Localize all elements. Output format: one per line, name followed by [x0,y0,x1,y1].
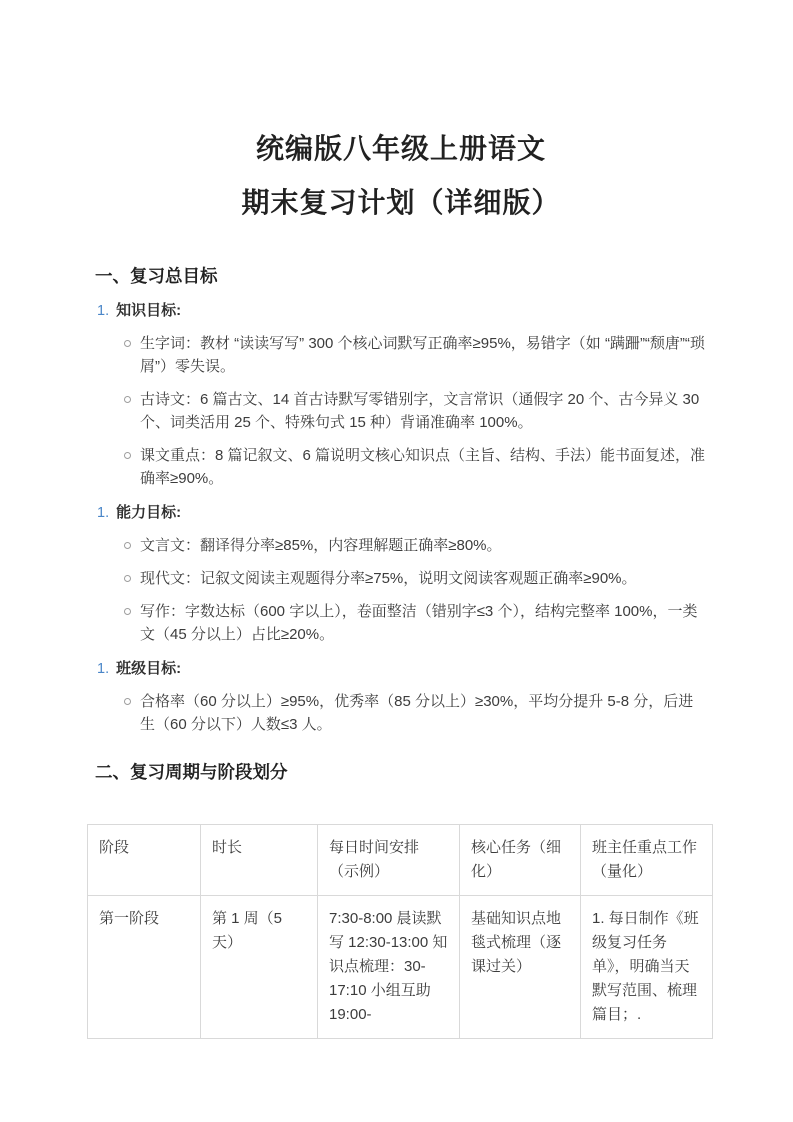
bullet-item: 写作：字数达标（600 字以上），卷面整洁（错别字≤3 个），结构完整率 100… [95,600,707,646]
table-header-core-tasks: 核心任务（细化） [460,825,581,896]
goal-item-ability: 1.能力目标: [95,502,707,524]
table-cell-teacher-work: 1. 每日制作《班级复习任务单》，明确当天默写范围、梳理篇目；. [581,896,713,1039]
doc-title-line1: 统编版八年级上册语文 [95,122,707,176]
bullet-text: 生字词：教材 “读读写写” 300 个核心词默写正确率≥95%，易错字（如 “蹒… [140,335,705,375]
goal-label: 能力目标: [116,504,181,521]
bullet-marker-icon [124,396,131,403]
table-header-row: 阶段 时长 每日时间安排（示例） 核心任务（细化） 班主任重点工作（量化） [88,825,713,896]
bullet-text: 写作：字数达标（600 字以上），卷面整洁（错别字≤3 个），结构完整率 100… [140,603,697,643]
goal-label: 班级目标: [116,660,181,677]
bullet-marker-icon [124,698,131,705]
bullet-text: 课文重点：8 篇记叙文、6 篇说明文核心知识点（主旨、结构、手法）能书面复述，准… [140,447,705,487]
bullet-item: 文言文：翻译得分率≥85%，内容理解题正确率≥80%。 [95,534,707,557]
table-header-teacher-work: 班主任重点工作（量化） [581,825,713,896]
doc-title: 统编版八年级上册语文 期末复习计划（详细版） [95,122,707,230]
document-page: 统编版八年级上册语文 期末复习计划（详细版） 一、复习总目标 1.知识目标: 生… [0,0,793,1122]
bullet-text: 文言文：翻译得分率≥85%，内容理解题正确率≥80%。 [140,537,502,554]
list-number: 1. [97,505,109,521]
bullet-item: 现代文：记叙文阅读主观题得分率≥75%，说明文阅读客观题正确率≥90%。 [95,567,707,590]
table-header-stage: 阶段 [88,825,201,896]
list-number: 1. [97,661,109,677]
table-cell-daily-schedule: 7:30-8:00 晨读默写 12:30-13:00 知识点梳理：30-17:1… [318,896,460,1039]
bullet-marker-icon [124,542,131,549]
doc-title-line2: 期末复习计划（详细版） [95,176,707,230]
table-cell-stage: 第一阶段 [88,896,201,1039]
goal-item-class: 1.班级目标: [95,658,707,680]
bullet-marker-icon [124,452,131,459]
goal-label: 知识目标: [116,302,181,319]
bullet-text: 现代文：记叙文阅读主观题得分率≥75%，说明文阅读客观题正确率≥90%。 [140,570,637,587]
schedule-table: 阶段 时长 每日时间安排（示例） 核心任务（细化） 班主任重点工作（量化） 第一… [87,824,713,1039]
table-cell-duration: 第 1 周（5 天） [201,896,318,1039]
goal-item-knowledge: 1.知识目标: [95,300,707,322]
bullet-text: 合格率（60 分以上）≥95%，优秀率（85 分以上）≥30%，平均分提升 5-… [140,693,693,733]
table-header-daily-schedule: 每日时间安排（示例） [318,825,460,896]
bullet-text: 古诗文：6 篇古文、14 首古诗默写零错别字，文言常识（通假字 20 个、古今异… [140,391,699,431]
section-heading-goals: 一、复习总目标 [95,264,707,288]
list-number: 1. [97,303,109,319]
bullet-marker-icon [124,340,131,347]
document-content: 统编版八年级上册语文 期末复习计划（详细版） 一、复习总目标 1.知识目标: 生… [95,0,707,1039]
bullet-item: 生字词：教材 “读读写写” 300 个核心词默写正确率≥95%，易错字（如 “蹒… [95,332,707,378]
table-row: 第一阶段 第 1 周（5 天） 7:30-8:00 晨读默写 12:30-13:… [88,896,713,1039]
table-cell-core-tasks: 基础知识点地毯式梳理（逐课过关） [460,896,581,1039]
table-header-duration: 时长 [201,825,318,896]
bullet-item: 古诗文：6 篇古文、14 首古诗默写零错别字，文言常识（通假字 20 个、古今异… [95,388,707,434]
bullet-item: 课文重点：8 篇记叙文、6 篇说明文核心知识点（主旨、结构、手法）能书面复述，准… [95,444,707,490]
bullet-item: 合格率（60 分以上）≥95%，优秀率（85 分以上）≥30%，平均分提升 5-… [95,690,707,736]
section-heading-schedule: 二、复习周期与阶段划分 [95,760,707,784]
bullet-marker-icon [124,575,131,582]
bullet-marker-icon [124,608,131,615]
